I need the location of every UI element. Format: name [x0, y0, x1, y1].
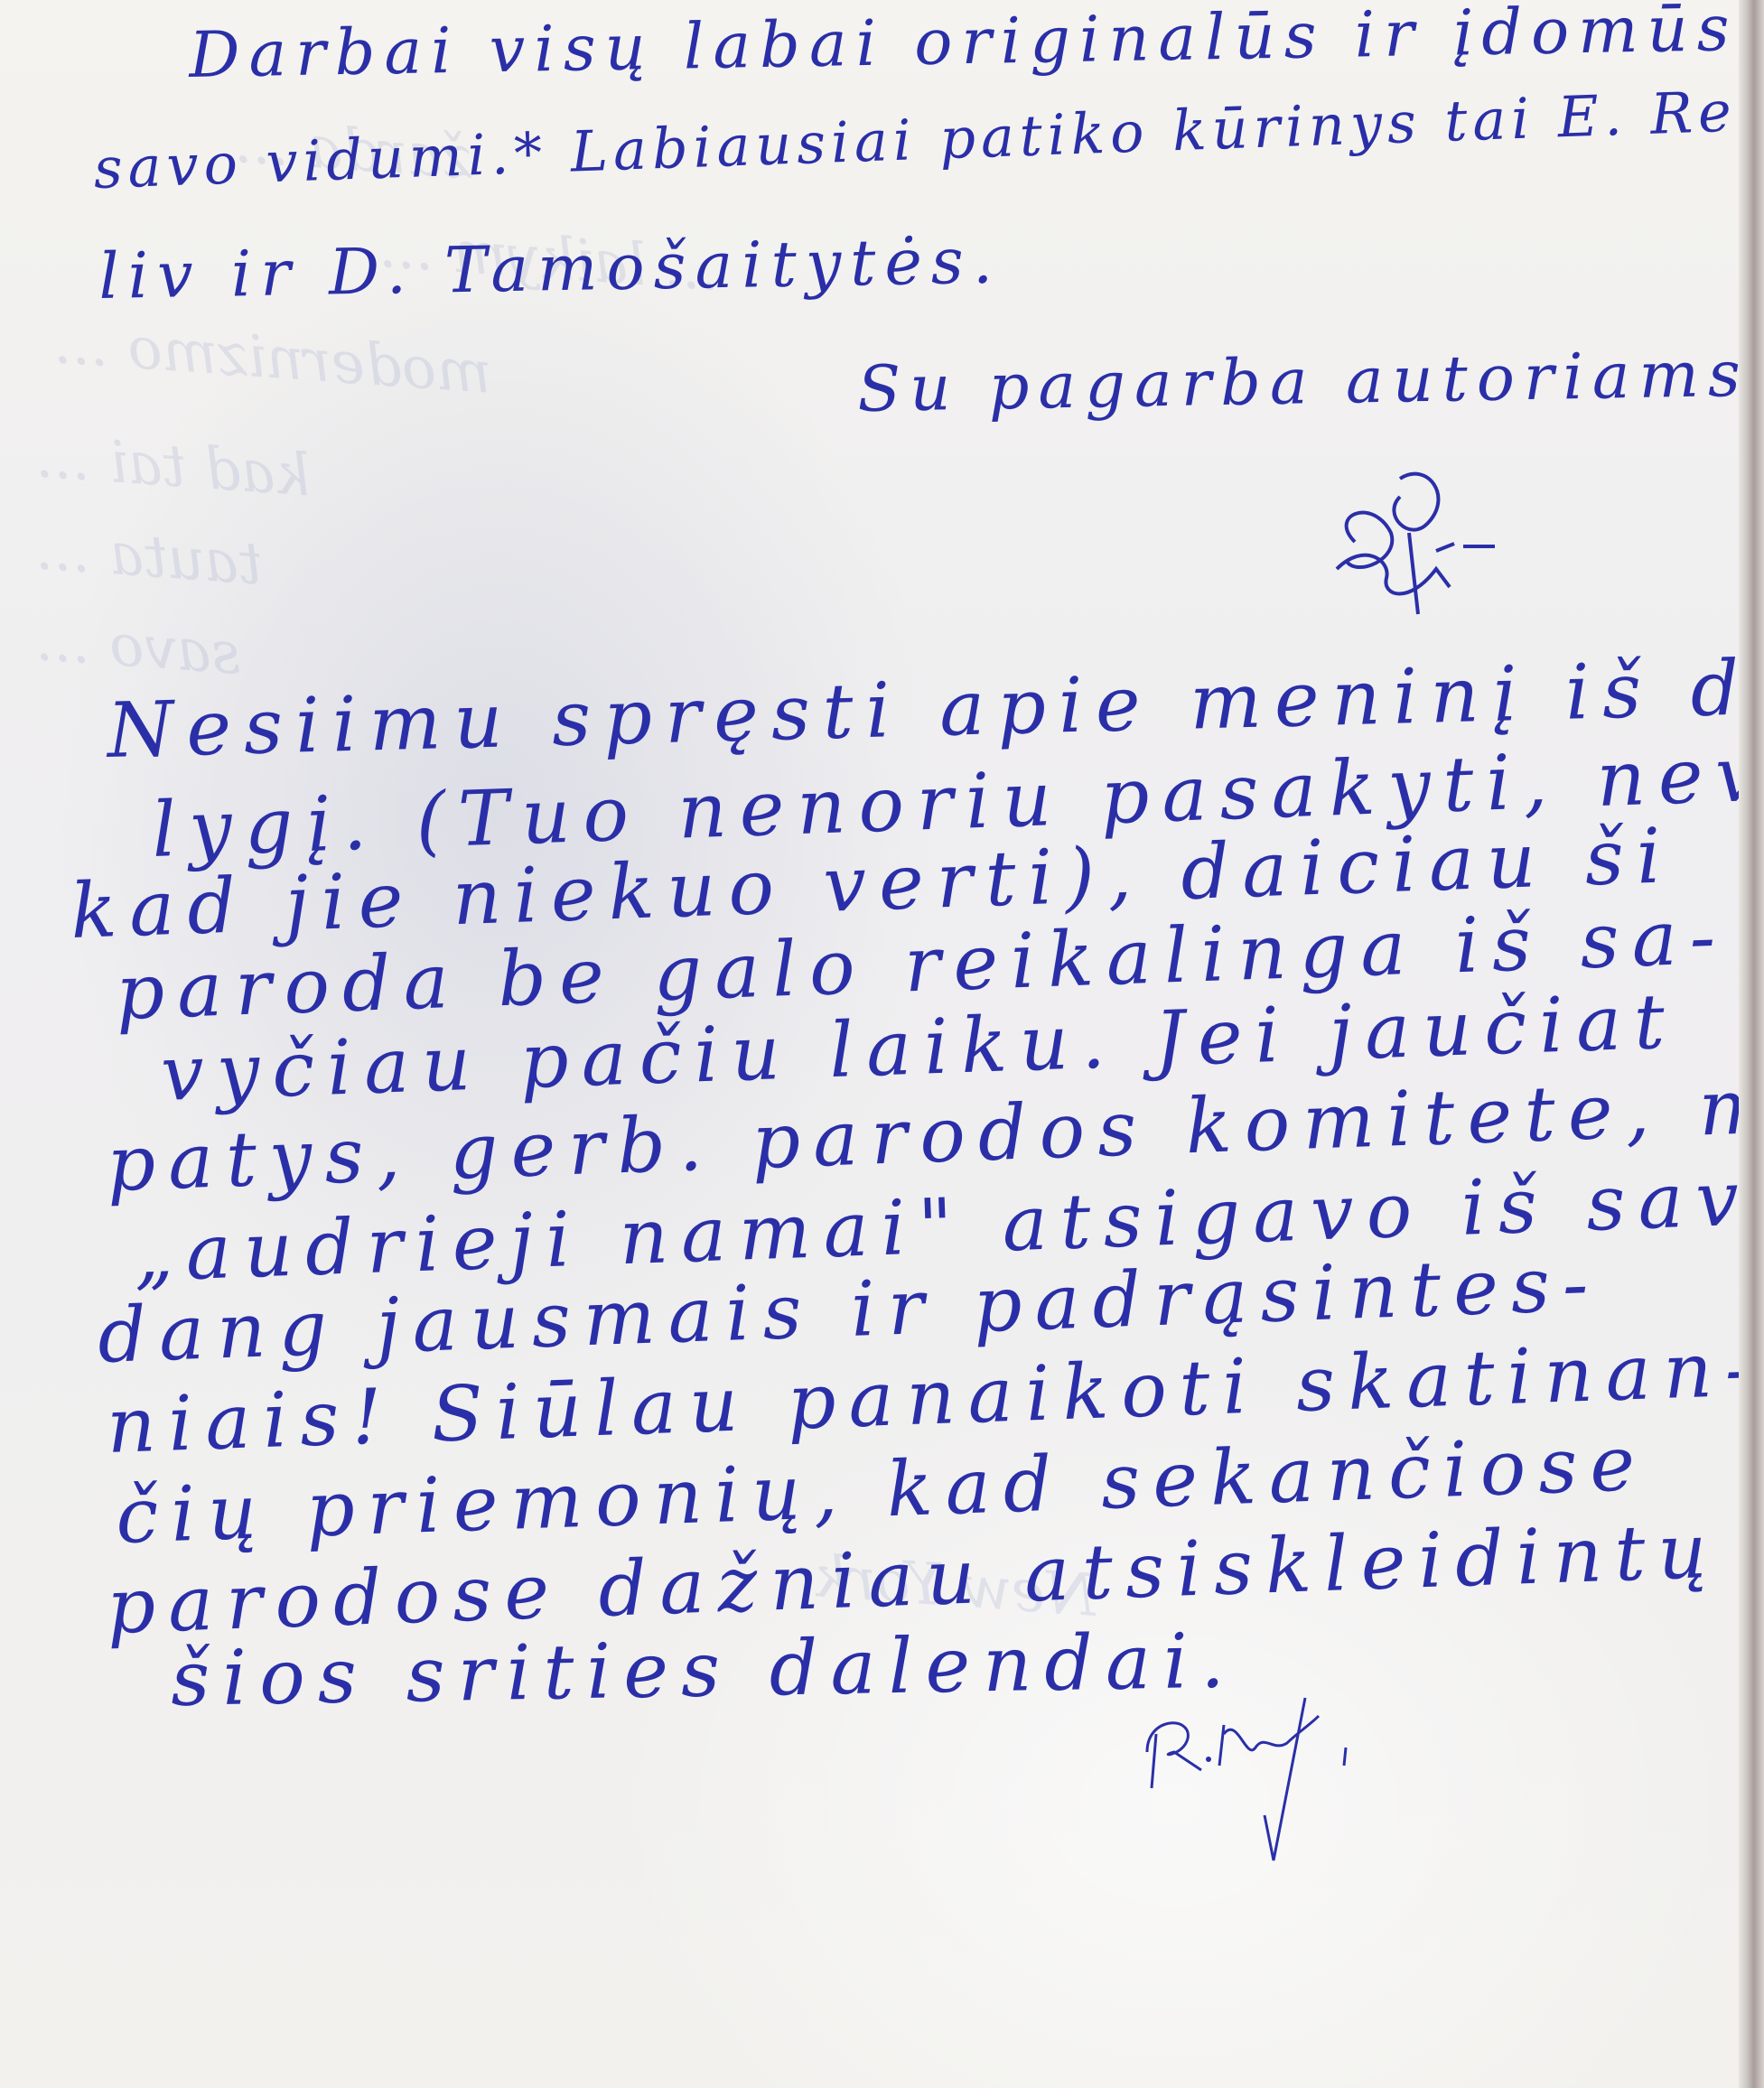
entry1-line-1: Darbai visų labai originalūs ir įdomūs	[189, 0, 1740, 92]
bleed-through-text: kad tai ...	[34, 424, 313, 509]
scanned-page: žarda ... ... laikym ... modernizmo ... …	[0, 0, 1739, 2088]
bleed-through-text: tauta ...	[34, 516, 265, 598]
entry1-closing: Su pagarba autoriams	[857, 337, 1750, 426]
signature-scribble-icon	[1301, 461, 1499, 632]
bleed-through-text: modernizmo ...	[52, 310, 494, 407]
entry2-line-12: šios srities dalendai.	[170, 1616, 1237, 1723]
signature-scribble-icon	[1138, 1680, 1373, 1860]
bleed-through-text: savo ...	[34, 607, 244, 688]
entry2-signature	[1138, 1680, 1373, 1860]
page-binding-edge	[1739, 0, 1764, 2088]
entry1-signature	[1301, 461, 1481, 641]
entry1-line-3: liv ir D. Tamošaitytės.	[98, 224, 1003, 313]
entry1-line-2: savo vidumi.* Labiausiai patiko kūrinys …	[92, 74, 1764, 201]
